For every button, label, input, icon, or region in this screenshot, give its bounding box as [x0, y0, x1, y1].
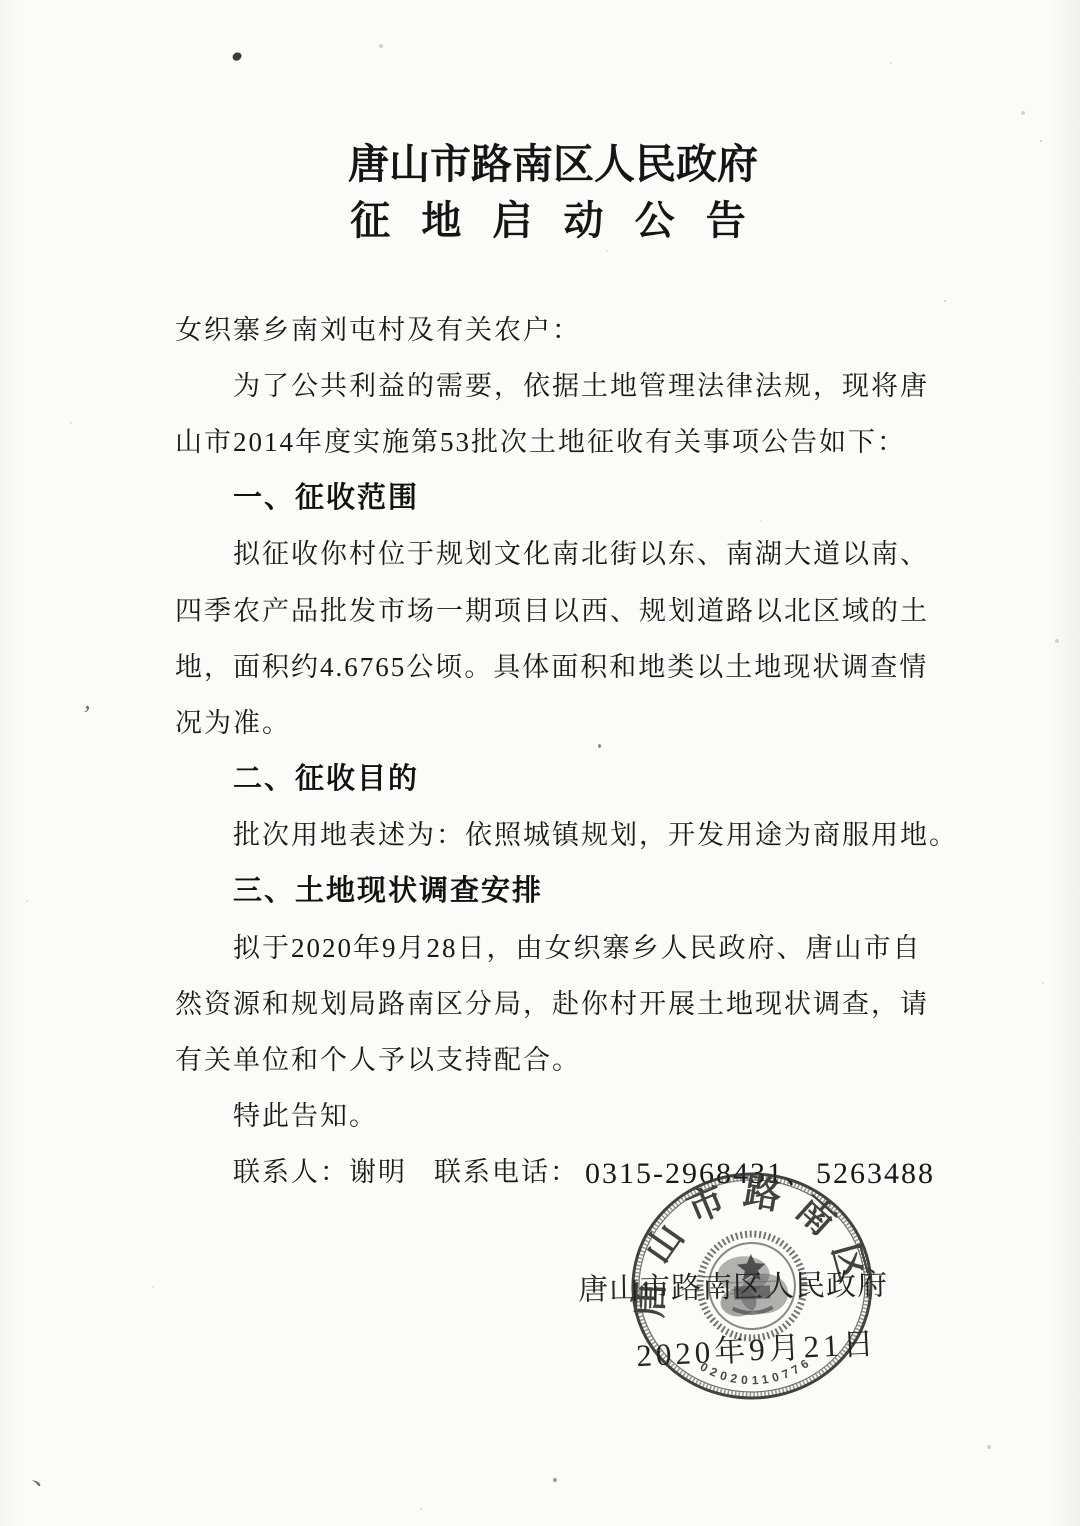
- paragraph-line: 拟征收你村位于规划文化南北街以东、南湖大道以南、: [175, 524, 935, 580]
- scan-artifact: ’: [80, 700, 93, 731]
- paragraph-line: 拟于2020年9月28日，由女织寨乡人民政府、唐山市自: [175, 917, 935, 973]
- paragraph-line: 批次用地表述为：依照城镇规划，开发用途为商服用地。: [175, 805, 935, 861]
- paragraph-line: 然资源和规划局路南区分局，赴你村开展土地现状调查，请: [175, 973, 935, 1029]
- paragraph-line: 四季农产品批发市场一期项目以西、规划道路以北区域的土: [175, 580, 935, 636]
- section-heading-3: 三、土地现状调查安排: [175, 861, 935, 917]
- paragraph-line: 地，面积约4.6765公顷。具体面积和地类以土地现状调查情: [175, 636, 935, 692]
- paragraph-line: 山市2014年度实施第53批次土地征收有关事项公告如下：: [175, 411, 935, 467]
- scan-artifact: 、: [27, 1450, 62, 1494]
- scan-artifact: [553, 1478, 557, 1482]
- paragraph-line: 况为准。: [175, 692, 935, 748]
- section-heading-2: 二、征收目的: [175, 749, 935, 805]
- section-heading-1: 一、征收范围: [175, 468, 935, 524]
- contact-person-label: 联系人：: [233, 1150, 349, 1189]
- issuing-authority-title: 唐山市路南区人民政府: [26, 138, 1080, 190]
- contact-person-name: 谢明: [349, 1150, 407, 1189]
- paragraph-line: 有关单位和个人予以支持配合。: [175, 1029, 935, 1085]
- scan-artifact: [231, 51, 243, 63]
- paragraph-line: 为了公共利益的需要，依据土地管理法律法规，现将唐: [175, 355, 935, 411]
- document-body: 女织寨乡南刘屯村及有关农户： 为了公共利益的需要，依据土地管理法律法规，现将唐 …: [175, 299, 935, 1198]
- salutation-line: 女织寨乡南刘屯村及有关农户：: [175, 299, 935, 355]
- signature-authority: 唐山市路南区人民政府: [578, 1259, 889, 1308]
- scan-noise: [0, 0, 2, 2]
- document-title: 唐山市路南区人民政府 征 地 启 动 公 告: [0, 138, 1080, 250]
- closing-line: 特此告知。: [175, 1086, 935, 1142]
- contact-phone-label: 联系电话：: [434, 1150, 579, 1189]
- scanned-announcement-page: ’ 、 唐山市路南区人民政府 征 地 启 动 公 告 女织寨乡南刘屯村及有关农户…: [0, 0, 1080, 1526]
- announcement-title: 征 地 启 动 公 告: [26, 192, 1080, 250]
